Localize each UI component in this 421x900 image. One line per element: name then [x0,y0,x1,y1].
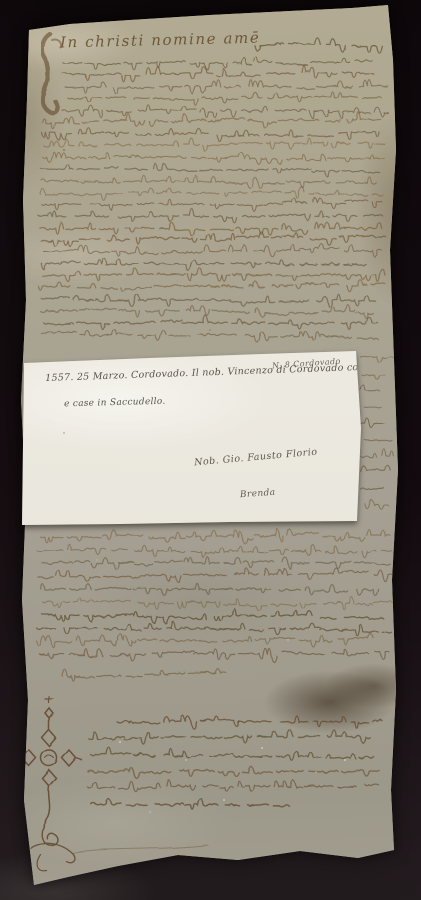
slip-summary-line-2: e case in Saccudello. [64,397,166,410]
slip-countersignature: Brenda [240,488,276,500]
slip-summary-line-1: 1557. 25 Marzo. Cordovado. Il nob. Vince… [45,360,410,384]
slip-signature: Nob. Gio. Fausto Florio [194,447,318,469]
photo-backdrop: In christi nomine amē N. 8 Cordovado 155… [0,0,421,900]
archivist-slip: N. 8 Cordovado 1557. 25 Marzo. Cordovado… [0,0,421,900]
slip-wrapper: N. 8 Cordovado 1557. 25 Marzo. Cordovado… [0,0,421,900]
